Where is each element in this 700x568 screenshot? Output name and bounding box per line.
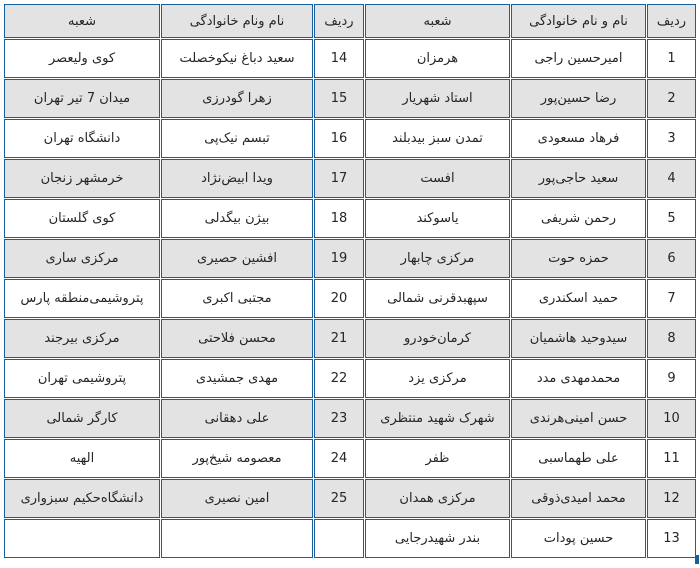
row-number-cell-right: 4 — [647, 159, 696, 198]
name-cell-right: حسین پودات — [511, 519, 646, 558]
table-row: 7حمید اسکندریسپهبدقرنی شمالی20مجتبی اکبر… — [4, 279, 696, 318]
branch-cell-right: استاد شهریار — [365, 79, 510, 118]
report-page: ردیف نام و نام خانوادگی شعبه ردیف نام ون… — [0, 0, 700, 568]
table-edge-tick — [695, 555, 699, 564]
table-row: 6حمزه حوتمرکزی چابهار19افشین حصیریمرکزی … — [4, 239, 696, 278]
row-number-cell-right: 12 — [647, 479, 696, 518]
name-cell-right: حسن امینی‌هرندی — [511, 399, 646, 438]
table-row: 13حسین پوداتبندر شهیدرجایی — [4, 519, 696, 558]
name-cell-left: سعید دباغ نیکوخصلت — [161, 39, 313, 78]
column-header-name-left: نام ونام خانوادگی — [161, 4, 313, 38]
members-table: ردیف نام و نام خانوادگی شعبه ردیف نام ون… — [3, 3, 697, 559]
row-number-cell-right: 1 — [647, 39, 696, 78]
table-row: 5رحمن شریفییاسوکند18بیژن بیگدلیکوی گلستا… — [4, 199, 696, 238]
name-cell-right: علی طهماسبی — [511, 439, 646, 478]
branch-cell-right: مرکزی چابهار — [365, 239, 510, 278]
table-row: 3فرهاد مسعودیتمدن سبز بیدبلند16تبسم نیک‌… — [4, 119, 696, 158]
branch-cell-right: افست — [365, 159, 510, 198]
branch-cell-right: کرمان‌خودرو — [365, 319, 510, 358]
table-body: 1امیرحسین راجیهرمزان14سعید دباغ نیکوخصلت… — [4, 39, 696, 558]
name-cell-right: سعید حاجی‌پور — [511, 159, 646, 198]
table-header-row: ردیف نام و نام خانوادگی شعبه ردیف نام ون… — [4, 4, 696, 38]
row-number-cell-left: 16 — [314, 119, 364, 158]
table-row: 9محمدمهدی مددمرکزی یزد22مهدی جمشیدیپتروش… — [4, 359, 696, 398]
row-number-cell-right: 11 — [647, 439, 696, 478]
row-number-cell-right: 13 — [647, 519, 696, 558]
row-number-cell-left: 18 — [314, 199, 364, 238]
branch-cell-left: الهیه — [4, 439, 160, 478]
branch-cell-left: مرکزی بیرجند — [4, 319, 160, 358]
table-row: 10حسن امینی‌هرندیشهرک شهید منتظری23علی د… — [4, 399, 696, 438]
row-number-cell-left: 22 — [314, 359, 364, 398]
row-number-cell-right: 2 — [647, 79, 696, 118]
column-header-row-number-right: ردیف — [647, 4, 696, 38]
name-cell-left: ویدا ابیض‌نژاد — [161, 159, 313, 198]
row-number-cell-left: 21 — [314, 319, 364, 358]
row-number-cell-left: 14 — [314, 39, 364, 78]
branch-cell-left — [4, 519, 160, 558]
row-number-cell-right: 6 — [647, 239, 696, 278]
table-row: 12محمد امیدی‌ذوقیمرکزی همدان25امین نصیری… — [4, 479, 696, 518]
row-number-cell-right: 10 — [647, 399, 696, 438]
branch-cell-right: بندر شهیدرجایی — [365, 519, 510, 558]
branch-cell-left: پتروشیمی‌منطقه پارس — [4, 279, 160, 318]
name-cell-left: تبسم نیک‌پی — [161, 119, 313, 158]
table-row: 11علی طهماسبیظفر24معصومه شیخ‌پورالهیه — [4, 439, 696, 478]
branch-cell-right: تمدن سبز بیدبلند — [365, 119, 510, 158]
name-cell-left: زهرا گودرزی — [161, 79, 313, 118]
row-number-cell-left: 23 — [314, 399, 364, 438]
row-number-cell-right: 8 — [647, 319, 696, 358]
row-number-cell-right: 5 — [647, 199, 696, 238]
row-number-cell-left: 15 — [314, 79, 364, 118]
branch-cell-left: کوی ولیعصر — [4, 39, 160, 78]
name-cell-left: محسن فلاحتی — [161, 319, 313, 358]
branch-cell-left: کوی گلستان — [4, 199, 160, 238]
branch-cell-left: خرمشهر زنجان — [4, 159, 160, 198]
branch-cell-right: مرکزی همدان — [365, 479, 510, 518]
name-cell-right: حمزه حوت — [511, 239, 646, 278]
branch-cell-left: مرکزی ساری — [4, 239, 160, 278]
row-number-cell-left: 24 — [314, 439, 364, 478]
branch-cell-right: مرکزی یزد — [365, 359, 510, 398]
branch-cell-right: هرمزان — [365, 39, 510, 78]
name-cell-right: محمدمهدی مدد — [511, 359, 646, 398]
branch-cell-left: میدان 7 تیر تهران — [4, 79, 160, 118]
table-row: 1امیرحسین راجیهرمزان14سعید دباغ نیکوخصلت… — [4, 39, 696, 78]
name-cell-left: امین نصیری — [161, 479, 313, 518]
branch-cell-right: شهرک شهید منتظری — [365, 399, 510, 438]
name-cell-right: حمید اسکندری — [511, 279, 646, 318]
branch-cell-left: دانشگاه تهران — [4, 119, 160, 158]
name-cell-right: رحمن شریفی — [511, 199, 646, 238]
name-cell-right: محمد امیدی‌ذوقی — [511, 479, 646, 518]
column-header-row-number-left: ردیف — [314, 4, 364, 38]
branch-cell-left: دانشگاه‌حکیم سبزواری — [4, 479, 160, 518]
table-row: 2رضا حسین‌پوراستاد شهریار15زهرا گودرزیمی… — [4, 79, 696, 118]
column-header-name-right: نام و نام خانوادگی — [511, 4, 646, 38]
branch-cell-right: ظفر — [365, 439, 510, 478]
name-cell-left: مجتبی اکبری — [161, 279, 313, 318]
name-cell-right: امیرحسین راجی — [511, 39, 646, 78]
row-number-cell-left: 17 — [314, 159, 364, 198]
name-cell-left: مهدی جمشیدی — [161, 359, 313, 398]
column-header-branch-right: شعبه — [365, 4, 510, 38]
row-number-cell-right: 9 — [647, 359, 696, 398]
table-row: 8سیدوحید هاشمیانکرمان‌خودرو21محسن فلاحتی… — [4, 319, 696, 358]
name-cell-right: فرهاد مسعودی — [511, 119, 646, 158]
name-cell-right: رضا حسین‌پور — [511, 79, 646, 118]
name-cell-left: بیژن بیگدلی — [161, 199, 313, 238]
row-number-cell-left — [314, 519, 364, 558]
row-number-cell-left: 25 — [314, 479, 364, 518]
name-cell-left: افشین حصیری — [161, 239, 313, 278]
row-number-cell-right: 3 — [647, 119, 696, 158]
branch-cell-right: سپهبدقرنی شمالی — [365, 279, 510, 318]
table-row: 4سعید حاجی‌پورافست17ویدا ابیض‌نژادخرمشهر… — [4, 159, 696, 198]
name-cell-right: سیدوحید هاشمیان — [511, 319, 646, 358]
name-cell-left: معصومه شیخ‌پور — [161, 439, 313, 478]
branch-cell-left: پتروشیمی تهران — [4, 359, 160, 398]
column-header-branch-left: شعبه — [4, 4, 160, 38]
name-cell-left — [161, 519, 313, 558]
row-number-cell-right: 7 — [647, 279, 696, 318]
row-number-cell-left: 19 — [314, 239, 364, 278]
name-cell-left: علی دهقانی — [161, 399, 313, 438]
row-number-cell-left: 20 — [314, 279, 364, 318]
branch-cell-left: کارگر شمالی — [4, 399, 160, 438]
branch-cell-right: یاسوکند — [365, 199, 510, 238]
